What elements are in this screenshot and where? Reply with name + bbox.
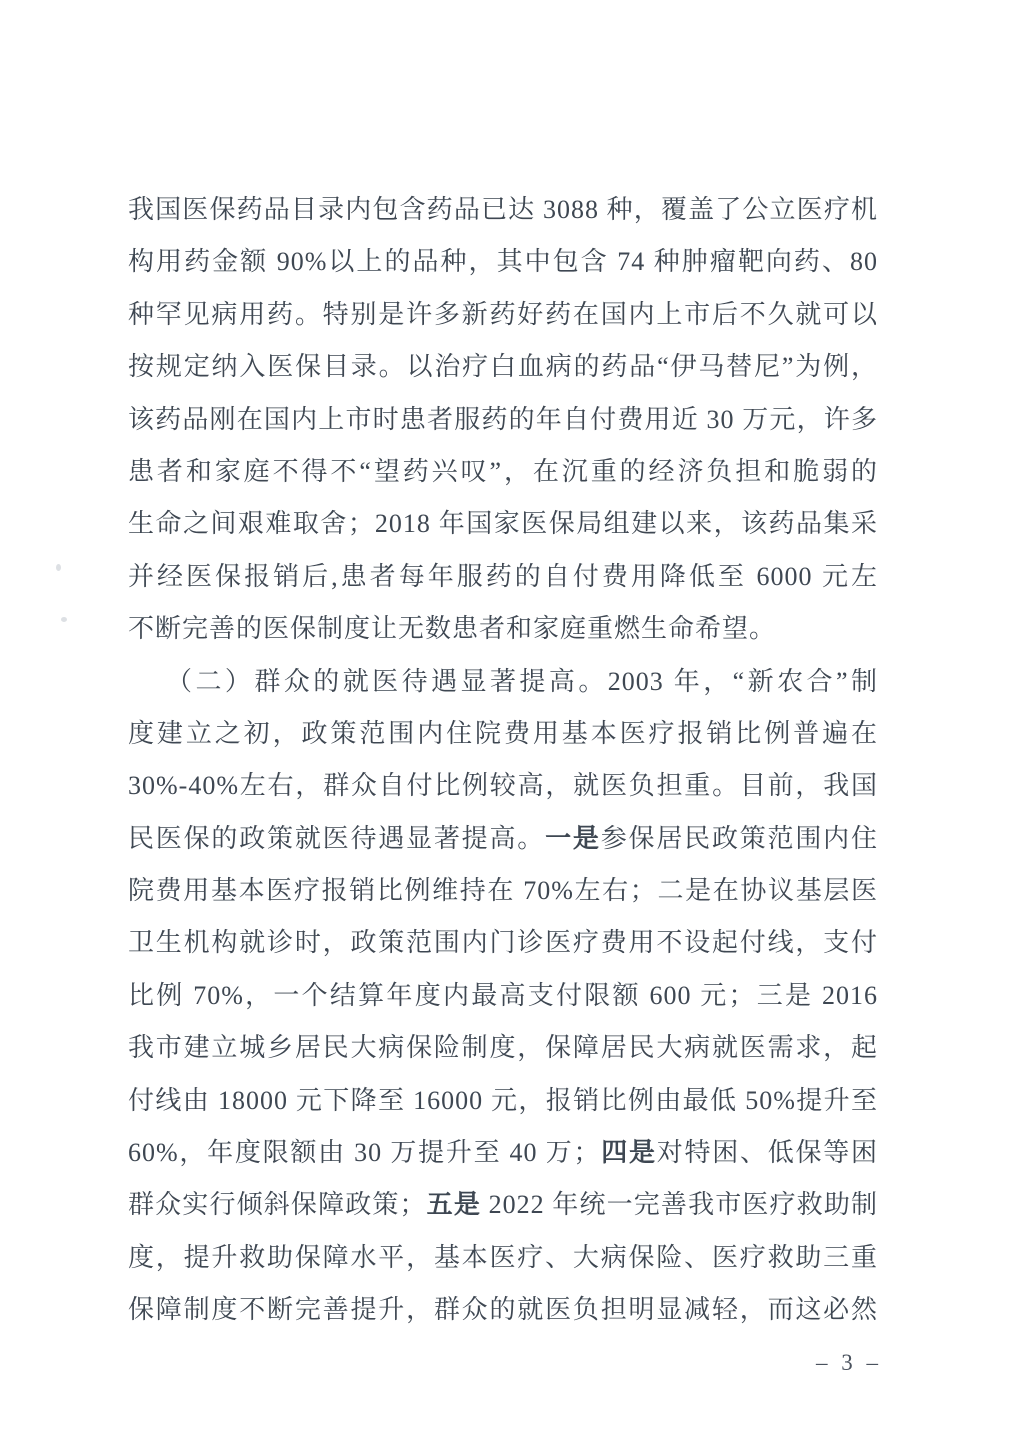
emphasis-text: 五是 (427, 1190, 481, 1219)
text-segment: 按规定纳入医保目录。以治疗白血病的药品“伊马替尼”为例， (128, 352, 878, 381)
text-segment: 参保居民政策范围内住 (601, 824, 878, 853)
text-line: 该药品刚在国内上市时患者服药的年自付费用近 30 万元，许多 (128, 394, 878, 446)
text-line: 民医保的政策就医待遇显著提高。一是参保居民政策范围内住 (128, 813, 878, 865)
text-line: 院费用基本医疗报销比例维持在 70%左右；二是在协议基层医疗 (128, 865, 878, 917)
text-line: 构用药金额 90%以上的品种，其中包含 74 种肿瘤靶向药、80 余 (128, 236, 878, 288)
text-line: 比例 70%，一个结算年度内最高支付限额 600 元；三是 2016 年 (128, 970, 878, 1022)
text-segment: 并经医保报销后,患者每年服药的自付费用降低至 6000 元左右， (128, 562, 878, 603)
text-segment: 度建立之初，政策范围内住院费用基本医疗报销比例普遍在 (128, 719, 878, 748)
text-line: 按规定纳入医保目录。以治疗白血病的药品“伊马替尼”为例， (128, 341, 878, 393)
text-line: 不断完善的医保制度让无数患者和家庭重燃生命希望。 (128, 603, 878, 655)
scan-artifact (56, 564, 61, 571)
text-segment: 度，提升救助保障水平，基本医疗、大病保险、医疗救助三重 (128, 1243, 878, 1272)
text-line: 生命之间艰难取舍；2018 年国家医保局组建以来，该药品集采 (128, 498, 878, 550)
text-segment: 保障制度不断完善提升，群众的就医负担明显减轻，而这必然 (128, 1295, 878, 1324)
text-segment: 2022 年统一完善我市医疗救助制 (481, 1190, 878, 1219)
text-line: 我国医保药品目录内包含药品已达 3088 种，覆盖了公立医疗机 (128, 184, 878, 236)
text-line: 群众实行倾斜保障政策；五是 2022 年统一完善我市医疗救助制 (128, 1179, 878, 1231)
page-footer: – 3 – (816, 1350, 882, 1376)
text-segment: （二）群众的就医待遇显著提高。2003 年，“新农合”制 (166, 667, 878, 696)
text-segment: 付线由 18000 元下降至 16000 元，报销比例由最低 50%提升至 (128, 1086, 878, 1115)
text-line: 保障制度不断完善提升，群众的就医负担明显减轻，而这必然 (128, 1284, 878, 1336)
emphasis-text: 四是 (601, 1138, 657, 1167)
text-line: 种罕见病用药。特别是许多新药好药在国内上市后不久就可以 (128, 289, 878, 341)
text-line: 付线由 18000 元下降至 16000 元，报销比例由最低 50%提升至 (128, 1075, 878, 1127)
text-line: 卫生机构就诊时，政策范围内门诊医疗费用不设起付线，支付 (128, 917, 878, 969)
text-segment: 卫生机构就诊时，政策范围内门诊医疗费用不设起付线，支付 (128, 928, 878, 957)
text-line: 患者和家庭不得不“望药兴叹”，在沉重的经济负担和脆弱的 (128, 446, 878, 498)
text-segment: 院费用基本医疗报销比例维持在 70%左右；二是在协议基层医疗 (128, 876, 878, 917)
text-segment: 我国医保药品目录内包含药品已达 3088 种，覆盖了公立医疗机 (128, 195, 878, 224)
emphasis-text: 一是 (545, 824, 601, 853)
text-segment: 群众实行倾斜保障政策； (128, 1190, 427, 1219)
page-number: – 3 – (816, 1350, 882, 1375)
text-line: （二）群众的就医待遇显著提高。2003 年，“新农合”制 (128, 656, 878, 708)
text-segment: 30%-40%左右，群众自付比例较高，就医负担重。目前，我国居 (128, 771, 878, 812)
document-body: 我国医保药品目录内包含药品已达 3088 种，覆盖了公立医疗机构用药金额 90%… (128, 184, 878, 1337)
text-segment: 我市建立城乡居民大病保险制度，保障居民大病就医需求，起 (128, 1033, 878, 1062)
text-segment: 构用药金额 90%以上的品种，其中包含 74 种肿瘤靶向药、80 余 (128, 247, 878, 288)
text-segment: 种罕见病用药。特别是许多新药好药在国内上市后不久就可以 (128, 300, 878, 329)
text-segment: 60%，年度限额由 30 万提升至 40 万； (128, 1138, 601, 1167)
text-segment: 患者和家庭不得不“望药兴叹”，在沉重的经济负担和脆弱的 (128, 457, 878, 486)
text-line: 60%，年度限额由 30 万提升至 40 万；四是对特困、低保等困难 (128, 1127, 878, 1179)
document-page: 我国医保药品目录内包含药品已达 3088 种，覆盖了公立医疗机构用药金额 90%… (0, 0, 1023, 1450)
text-segment: 比例 70%，一个结算年度内最高支付限额 600 元；三是 2016 年 (128, 981, 878, 1022)
text-segment: 民医保的政策就医待遇显著提高。 (128, 824, 545, 853)
text-line: 度，提升救助保障水平，基本医疗、大病保险、医疗救助三重 (128, 1232, 878, 1284)
text-segment: 不断完善的医保制度让无数患者和家庭重燃生命希望。 (128, 614, 776, 643)
text-line: 30%-40%左右，群众自付比例较高，就医负担重。目前，我国居 (128, 760, 878, 812)
text-line: 并经医保报销后,患者每年服药的自付费用降低至 6000 元左右， (128, 551, 878, 603)
scan-artifact (61, 617, 67, 622)
text-segment: 生命之间艰难取舍；2018 年国家医保局组建以来，该药品集采 (128, 509, 878, 538)
text-line: 度建立之初，政策范围内住院费用基本医疗报销比例普遍在 (128, 708, 878, 760)
text-line: 我市建立城乡居民大病保险制度，保障居民大病就医需求，起 (128, 1022, 878, 1074)
text-segment: 该药品刚在国内上市时患者服药的年自付费用近 30 万元，许多 (128, 405, 878, 434)
